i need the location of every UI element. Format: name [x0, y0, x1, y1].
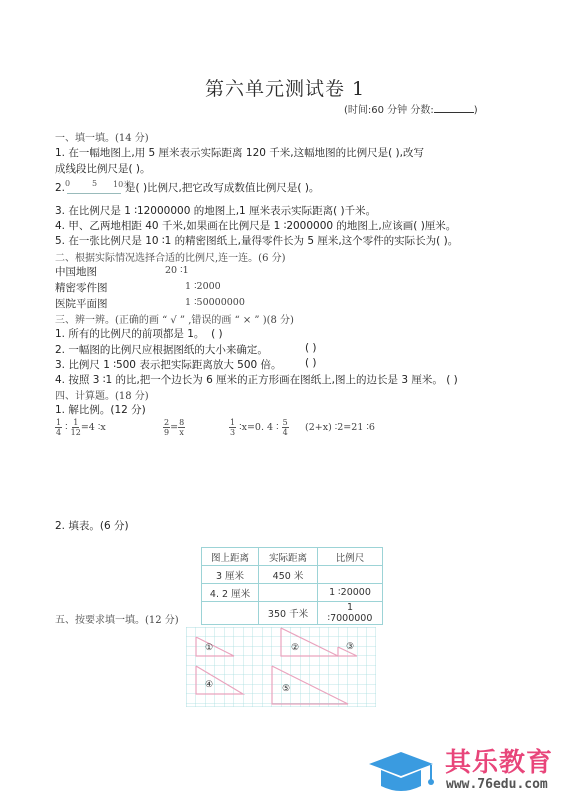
table-cell: 1 ∶7000000 [318, 602, 383, 625]
judge-text: 3. 比例尺 1 ∶500 表示把实际距离放大 500 倍。 [55, 359, 282, 371]
judge-text: 4. 按照 3 ∶1 的比,把一个边长为 6 厘米的正方形画在图纸上,图上的边长… [55, 374, 443, 386]
col-header: 图上距离 [202, 548, 259, 566]
brand-url: www.76edu.com [446, 777, 548, 792]
q2: 2. 0 5 10米 是( )比例尺,把它改写成数值比例尺是( )。 [55, 180, 319, 195]
judge-blank-3: ( ) [305, 357, 317, 369]
fraction: 8x [178, 418, 185, 437]
q3: 3. 在比例尺是 1 ∶12000000 的地图上,1 厘米表示实际距离( )千… [55, 203, 376, 218]
scale-tick-0: 0 [65, 179, 70, 188]
q2-prefix: 2. [55, 182, 65, 194]
line-scale-bar: 0 5 10米 [65, 181, 125, 195]
judge-item-2: 2. 一幅图的比例尺应根据图纸的大小来确定。 [55, 342, 268, 357]
table-header-row: 图上距离 实际距离 比例尺 [202, 548, 383, 566]
table-cell: 1 ∶20000 [318, 584, 383, 602]
triangle-label-5: ⑤ [282, 684, 290, 694]
q2-text: 是( )比例尺,把它改写成数值比例尺是( )。 [125, 182, 319, 194]
section4-heading: 四、计算题。(18 分) [55, 387, 149, 402]
fraction: 54 [282, 418, 289, 437]
exam-info-prefix: (时间:60 分钟 分数: [344, 105, 434, 116]
watermark-logo: 其乐教育 www.76edu.com [365, 742, 565, 800]
q1-line2: 成线段比例尺是( )。 [55, 161, 151, 176]
triangle-label-2: ② [291, 643, 299, 653]
grid-svg [186, 627, 376, 707]
triangle-grid-figure: ① ② ③ ④ ⑤ [186, 627, 376, 707]
triangle-label-1: ① [205, 643, 213, 653]
table-cell: 3 厘米 [202, 566, 259, 584]
match-right-2: 1 ∶2000 [185, 281, 221, 292]
section3-heading: 三、辨一辨。(正确的画 “ √ ” ,错误的画 “ × ” )(8 分) [55, 311, 294, 326]
col-header: 比例尺 [318, 548, 383, 566]
match-left-3: 医院平面图 [55, 296, 108, 311]
section2-heading: 二、根据实际情况选择合适的比例尺,连一连。(6 分) [55, 249, 286, 264]
fill-table-heading: 2. 填表。(6 分) [55, 518, 129, 533]
page-title: 第六单元测试卷 1 [205, 74, 365, 101]
triangle-label-3: ③ [346, 642, 354, 652]
judge-text: 1. 所有的比例尺的前项都是 1。 [55, 328, 204, 340]
table-cell [318, 566, 383, 584]
match-left-2: 精密零件图 [55, 280, 108, 295]
table-cell [202, 602, 259, 625]
table-row: 3 厘米 450 米 [202, 566, 383, 584]
judge-blank-2: ( ) [305, 342, 317, 354]
equation-4: (2+x) ∶2=21 ∶6 [305, 422, 375, 433]
exam-info-suffix: ) [474, 105, 478, 116]
section5-heading: 五、按要求填一填。(12 分) [55, 611, 179, 626]
equation-2: 29=8x [163, 418, 185, 437]
exam-info: (时间:60 分钟 分数:) [344, 101, 478, 116]
judge-blank: ( ) [211, 328, 223, 340]
scale-tick-10: 10米 [113, 179, 131, 190]
table-cell: 450 米 [259, 566, 318, 584]
equation-3: 13 ∶x=0. 4 ∶ 54 [229, 418, 289, 437]
score-blank [434, 103, 474, 113]
scale-tick-5: 5 [92, 179, 97, 188]
table-row: 4. 2 厘米 1 ∶20000 [202, 584, 383, 602]
judge-blank: ( ) [446, 374, 458, 386]
brand-name: 其乐教育 [445, 742, 553, 779]
scale-table: 图上距离 实际距离 比例尺 3 厘米 450 米 4. 2 厘米 1 ∶2000… [201, 547, 383, 625]
match-right-1: 20 ∶1 [165, 265, 189, 276]
graduation-cap-icon [365, 746, 443, 796]
match-left-1: 中国地图 [55, 264, 97, 279]
fraction: 14 [55, 418, 62, 437]
table-row: 350 千米 1 ∶7000000 [202, 602, 383, 625]
judge-text: 2. 一幅图的比例尺应根据图纸的大小来确定。 [55, 344, 268, 356]
equation-1: 14 ∶ 112=4 ∶x [55, 418, 106, 437]
table-cell: 4. 2 厘米 [202, 584, 259, 602]
q1-line1: 1. 在一幅地图上,用 5 厘米表示实际距离 120 千米,这幅地图的比例尺是(… [55, 145, 424, 160]
scale-line [67, 193, 121, 194]
q4: 4. 甲、乙两地相距 40 千米,如果画在比例尺是 1 ∶2000000 的地图… [55, 218, 456, 233]
judge-item-4: 4. 按照 3 ∶1 的比,把一个边长为 6 厘米的正方形画在图纸上,图上的边长… [55, 372, 458, 387]
match-right-3: 1 ∶50000000 [185, 297, 245, 308]
col-header: 实际距离 [259, 548, 318, 566]
triangle-label-4: ④ [205, 680, 213, 690]
fraction: 112 [71, 418, 81, 437]
judge-item-3: 3. 比例尺 1 ∶500 表示把实际距离放大 500 倍。 [55, 357, 282, 372]
solve-proportion-heading: 1. 解比例。(12 分) [55, 402, 146, 417]
q5: 5. 在一张比例尺是 10 ∶1 的精密图纸上,量得零件长为 5 厘米,这个零件… [55, 233, 458, 248]
section1-heading: 一、填一填。(14 分) [55, 129, 149, 144]
judge-item-1: 1. 所有的比例尺的前项都是 1。 ( ) [55, 326, 223, 341]
table-cell: 350 千米 [259, 602, 318, 625]
table-cell [259, 584, 318, 602]
fraction: 13 [229, 418, 236, 437]
